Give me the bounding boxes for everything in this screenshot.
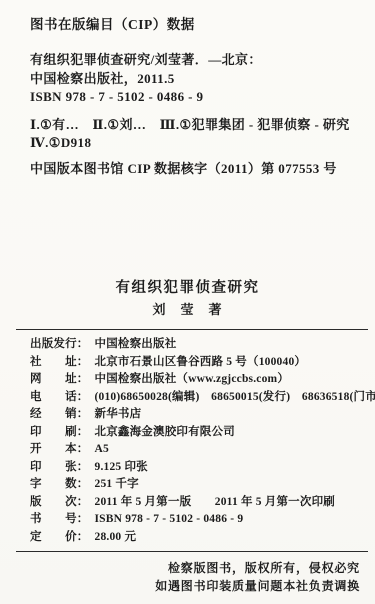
cip-data-block: 图书在版编目（CIP）数据 有组织犯罪侦查研究/刘莹著．—北京： 中国检察出版社… — [0, 15, 375, 178]
pub-info-label: 字 数： — [30, 476, 89, 494]
pub-info-row-phone: 电 话：(010)68650028(编辑) 68650015(发行) 68636… — [30, 389, 371, 407]
pub-info-label: 定 价： — [30, 529, 89, 547]
copyright-page: 图书在版编目（CIP）数据 有组织犯罪侦查研究/刘莹著．—北京： 中国检察出版社… — [0, 0, 375, 604]
book-title: 有组织犯罪侦查研究 — [0, 278, 375, 298]
pub-info-label: 版 次： — [30, 494, 89, 512]
pub-info-value: 北京鑫海金澳胶印有限公司 — [95, 426, 235, 438]
pub-info-value: A5 — [95, 443, 109, 455]
divider-top — [16, 329, 368, 330]
pub-info-row-distributor: 经 销：新华书店 — [30, 406, 371, 424]
pub-info-row-isbn: 书 号：ISBN 978 - 7 - 5102 - 0486 - 9 — [30, 511, 371, 529]
pub-info-row-wordcount: 字 数：251 千字 — [30, 476, 371, 494]
pub-info-label: 印 张： — [30, 459, 89, 477]
pub-info-row-sheets: 印 张：9.125 印张 — [30, 459, 371, 477]
pub-info-label: 经 销： — [30, 406, 89, 424]
title-block: 有组织犯罪侦查研究 刘 莹 著 — [0, 278, 375, 320]
pub-info-value: 9.125 印张 — [95, 461, 148, 473]
pub-info-value: 中国检察出版社 — [95, 338, 177, 350]
pub-info-value: 28.00 元 — [95, 531, 137, 543]
pub-info-row-address: 社 址：北京市石景山区鲁谷西路 5 号（100040） — [30, 354, 371, 372]
pub-info-row-price: 定 价：28.00 元 — [30, 529, 371, 547]
cip-classification-line1: Ⅰ.①有… Ⅱ.①刘… Ⅲ.①犯罪集团 - 犯罪侦察 - 研究 — [30, 116, 361, 135]
pub-info-value: 北京市石景山区鲁谷西路 5 号（100040） — [95, 356, 307, 368]
cip-record-number: 中国版本图书馆 CIP 数据核字（2011）第 077553 号 — [30, 160, 361, 179]
pub-info-row-publisher: 出版发行：中国检察出版社 — [30, 336, 371, 354]
pub-info-label: 出版发行： — [30, 336, 89, 354]
book-author: 刘 莹 著 — [0, 300, 375, 320]
pub-info-value: ISBN 978 - 7 - 5102 - 0486 - 9 — [95, 513, 244, 525]
copyright-notice-line2: 如遇图书印装质量问题本社负责调换 — [0, 577, 360, 596]
pub-info-value: (010)68650028(编辑) 68650015(发行) 68636518(… — [95, 391, 375, 403]
pub-info-row-format: 开 本：A5 — [30, 441, 371, 459]
cip-publisher-date: 中国检察出版社，2011.5 — [30, 70, 361, 89]
pub-info-label: 社 址： — [30, 354, 89, 372]
pub-info-value: 新华书店 — [95, 408, 142, 420]
copyright-notice: 检察版图书，版权所有，侵权必究 如遇图书印装质量问题本社负责调换 — [0, 559, 375, 596]
pub-info-value: 251 千字 — [95, 478, 139, 490]
pub-info-row-website: 网 址：中国检察出版社（www.zgjccbs.com） — [30, 371, 371, 389]
pub-info-label: 网 址： — [30, 371, 89, 389]
pub-info-value: 2011 年 5 月第一版 2011 年 5 月第一次印刷 — [95, 496, 335, 508]
pub-info-row-printer: 印 刷：北京鑫海金澳胶印有限公司 — [30, 424, 371, 442]
pub-info-label: 书 号： — [30, 511, 89, 529]
cip-header: 图书在版编目（CIP）数据 — [30, 15, 361, 34]
publication-info-table: 出版发行：中国检察出版社 社 址：北京市石景山区鲁谷西路 5 号（100040）… — [30, 336, 371, 547]
pub-info-label: 电 话： — [30, 389, 89, 407]
cip-title-statement: 有组织犯罪侦查研究/刘莹著．—北京： — [30, 51, 361, 70]
pub-info-value: 中国检察出版社（www.zgjccbs.com） — [95, 373, 290, 385]
pub-info-row-edition: 版 次：2011 年 5 月第一版 2011 年 5 月第一次印刷 — [30, 494, 371, 512]
cip-classification-line2: Ⅳ.①D918 — [30, 134, 361, 153]
cip-isbn: ISBN 978 - 7 - 5102 - 0486 - 9 — [30, 88, 361, 107]
divider-bottom — [16, 551, 368, 552]
pub-info-label: 印 刷： — [30, 424, 89, 442]
pub-info-label: 开 本： — [30, 441, 89, 459]
copyright-notice-line1: 检察版图书，版权所有，侵权必究 — [0, 559, 360, 578]
